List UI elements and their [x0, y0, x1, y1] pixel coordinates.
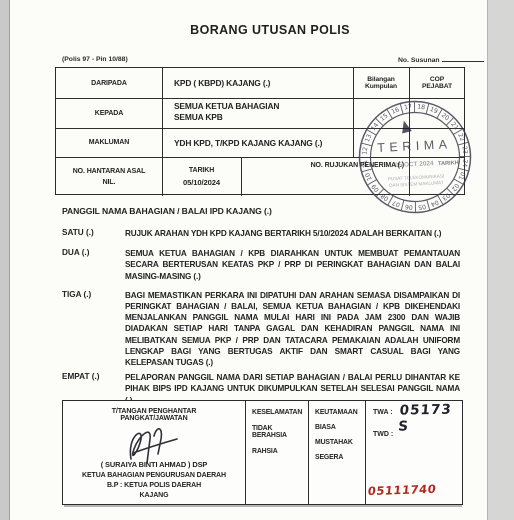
no-susunan-blank-line	[442, 54, 484, 62]
form-code: (Polis 97 - Pin 10/88)	[62, 56, 128, 63]
paragraph-satu: SATU (.) RUJUK ARAHAN YDH KPD KAJANG BER…	[62, 228, 460, 239]
no-susunan: No. Susunan	[398, 54, 484, 64]
keselamatan-option: TIDAK BERAHSIA	[252, 425, 308, 439]
twa-handwritten-value: 05173 S	[398, 401, 466, 434]
signer-title1: KETUA BAHAGIAN PENGURUSAN DAERAH	[63, 472, 245, 479]
paragraph-text: BAGI MEMASTIKAN PERKARA INI DIPATUHI DAN…	[125, 290, 460, 368]
cop-line2: PEJABAT	[422, 83, 452, 90]
kepada-value-line2: SEMUA KPB	[174, 112, 353, 123]
paragraph-tiga: TIGA (.) BAGI MEMASTIKAN PERKARA INI DIP…	[62, 290, 460, 368]
makluman-value: YDH KPD, T/KPD KAJANG KAJANG (.)	[162, 128, 353, 157]
daripada-label: DARIPADA	[56, 68, 162, 98]
signer-title3: KAJANG	[63, 492, 245, 499]
twd-label: TWD :	[373, 431, 393, 438]
form-title: BORANG UTUSAN POLIS	[70, 23, 470, 37]
twa-cell: TWA : 05173 S TWD : 05111740	[365, 401, 464, 504]
pangkat-label: PANGKAT/JAWATAN	[63, 415, 245, 422]
twa-label: TWA :	[373, 409, 393, 416]
keutamaan-option: MUSTAHAK	[315, 439, 365, 446]
photo-left-margin	[0, 0, 10, 520]
paragraph-text: RUJUK ARAHAN YDH KPD KAJANG BERTARIKH 5/…	[125, 228, 460, 239]
stamp-arrow-icon	[399, 119, 412, 133]
stamp-dial-number: 06	[405, 203, 414, 211]
table-shadow	[64, 505, 462, 507]
keutamaan-option: BIASA	[315, 424, 365, 431]
stamp-dial-number: 16	[390, 106, 400, 116]
stamp-date: 05 OCT 2024	[395, 160, 434, 169]
daripada-value: KPD ( KBPD) KAJANG (.)	[162, 68, 353, 98]
paragraph-dua: DUA (.) SEMUA KETUA BAHAGIAN / KPB DIARA…	[62, 248, 460, 282]
red-handwritten-number: 05111740	[367, 482, 437, 498]
tarikh-value: 05/10/2024	[183, 178, 220, 187]
bilangan-line2: Kumpulan	[365, 83, 397, 90]
stamp-dial-number: 18	[417, 103, 426, 111]
tarikh-label: TARIKH	[189, 167, 214, 174]
keselamatan-cell: KESELAMATAN TIDAK BERAHSIA RAHSIA	[245, 401, 308, 504]
keutamaan-header: KEUTAMAAN	[315, 409, 365, 416]
kepada-label: KEPADA	[56, 98, 162, 128]
signer-title2: B.P : KETUA POLIS DAERAH	[63, 482, 245, 489]
kepada-value: SEMUA KETUA BAHAGIAN SEMUA KPB	[162, 98, 353, 128]
paragraph-label: TIGA (.)	[62, 290, 125, 368]
stamp-dial-number: 05	[418, 202, 427, 210]
tarikh-cell: TARIKH 05/10/2024	[162, 157, 241, 196]
stamp-dial-number: 10	[364, 171, 374, 181]
stamp-dial-number: 13	[364, 133, 373, 143]
cop-line1: COP	[430, 76, 444, 83]
stamp-dial-number: 19	[429, 106, 439, 115]
stamp-dial-number: 24	[461, 159, 469, 168]
stamp-terima-text: TERIMA	[377, 137, 452, 155]
stamp-dial-number: 12	[361, 147, 369, 156]
keselamatan-option: RAHSIA	[252, 448, 308, 455]
paragraph-label: SATU (.)	[62, 228, 125, 239]
kepada-value-line1: SEMUA KETUA BAHAGIAN	[174, 101, 353, 112]
keselamatan-header: KESELAMATAN	[252, 409, 308, 416]
keutamaan-cell: KEUTAMAAN BIASA MUSTAHAK SEGERA	[308, 401, 365, 504]
no-susunan-label: No. Susunan	[398, 57, 440, 64]
stamp-graphic: 0102030405060708091011121314151617181920…	[352, 94, 478, 220]
stamp-dial-number: 23	[460, 146, 468, 155]
stamp-dial-number: 07	[391, 199, 401, 208]
keutamaan-option: SEGERA	[315, 454, 365, 461]
scanned-police-form: BORANG UTUSAN POLIS (Polis 97 - Pin 10/8…	[0, 0, 514, 520]
no-hantaran-label: NO. HANTARAN ASAL	[73, 168, 146, 175]
paragraph-text: SEMUA KETUA BAHAGIAN / KPB DIARAHKAN UNT…	[125, 248, 460, 282]
signature-icon	[121, 423, 185, 465]
stamp-dial-number: 01	[457, 171, 466, 181]
body-heading: PANGGIL NAMA BAHAGIAN / BALAI IPD KAJANG…	[62, 206, 272, 216]
stamp-dial-number: 17	[404, 103, 413, 111]
signature-cell: T/TANGAN PENGHANTAR PANGKAT/JAWATAN ( SU…	[63, 401, 245, 504]
makluman-label: MAKLUMAN	[56, 128, 162, 157]
stamp-dial-number: 04	[429, 198, 439, 208]
paragraph-label: DUA (.)	[62, 248, 125, 282]
terima-date-stamp: 0102030405060708091011121314151617181920…	[352, 94, 478, 220]
no-hantaran-value: NIL.	[103, 179, 116, 186]
stamp-org-line2: DAN SISTEM MAKLUMAT	[389, 180, 444, 188]
no-hantaran-asal-cell: NO. HANTARAN ASAL NIL.	[56, 157, 162, 196]
stamp-dial-number: 22	[456, 132, 466, 142]
footer-table: T/TANGAN PENGHANTAR PANGKAT/JAWATAN ( SU…	[62, 400, 463, 505]
bilangan-line1: Bilangan	[367, 76, 394, 83]
stamp-dial-number: 11	[361, 160, 369, 169]
stamp-tarikh-label: TARIKH	[438, 160, 459, 167]
photo-right-margin	[487, 0, 514, 520]
ttangan-label: T/TANGAN PENGHANTAR	[63, 408, 245, 415]
